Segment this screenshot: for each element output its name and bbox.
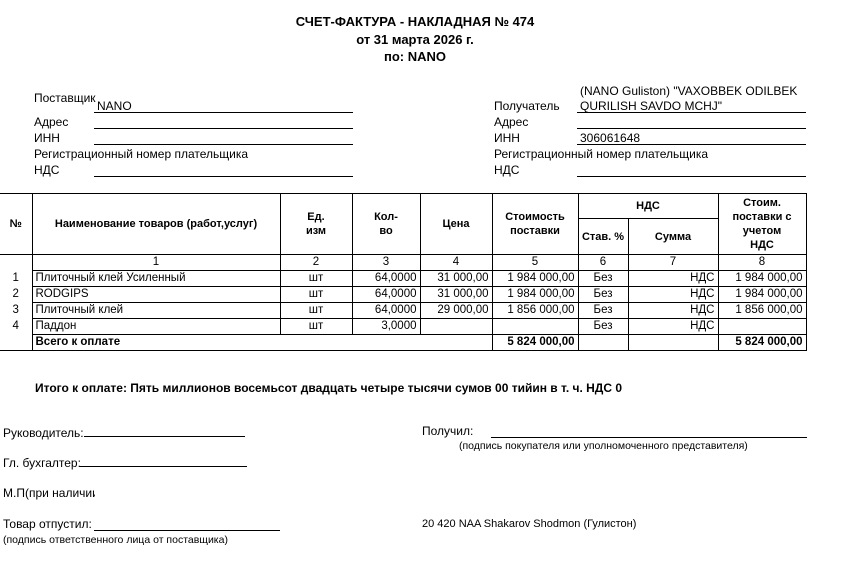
row-vat-rate: Без xyxy=(578,287,628,303)
supplier-address-underline xyxy=(94,128,353,129)
total-cost: 5 824 000,00 xyxy=(492,335,578,351)
header-vat-rate: Став. % xyxy=(578,219,628,255)
recipient-value-line2: QURILISH SAVDO MCHJ" xyxy=(580,99,722,113)
header-cost: Стоимость поставки xyxy=(492,194,578,255)
row-cost xyxy=(492,319,578,335)
table-row: 2 RODGIPS шт 64,0000 31 000,00 1 984 000… xyxy=(0,287,806,303)
recipient-inn-underline xyxy=(577,144,806,145)
director-signature-line xyxy=(84,436,245,437)
index-row: 1 2 3 4 5 6 7 8 xyxy=(0,255,806,271)
supplier-address-label: Адрес xyxy=(34,115,68,129)
supplier-vat-label: НДС xyxy=(34,163,59,177)
received-signature-line xyxy=(491,437,807,438)
row-vat-rate: Без xyxy=(578,271,628,287)
supplier-inn-underline xyxy=(94,144,353,145)
row-unit: шт xyxy=(280,303,352,319)
header-vat-sum: Сумма xyxy=(628,219,718,255)
director-label: Руководитель: xyxy=(3,426,84,440)
row-price xyxy=(420,319,492,335)
released-signature-line xyxy=(94,530,280,531)
index-cell: 3 xyxy=(352,255,420,271)
total-vat-sum-empty xyxy=(628,335,718,351)
row-qty: 64,0000 xyxy=(352,271,420,287)
row-price: 31 000,00 xyxy=(420,287,492,303)
recipient-address-underline xyxy=(577,128,806,129)
total-with-vat: 5 824 000,00 xyxy=(718,335,806,351)
row-qty: 64,0000 xyxy=(352,287,420,303)
header-qty: Кол-во xyxy=(352,194,420,255)
row-vat-rate: Без xyxy=(578,303,628,319)
received-label: Получил: xyxy=(422,424,473,438)
row-name: Плиточный клей Усиленный xyxy=(32,271,280,287)
header-name: Наименование товаров (работ,услуг) xyxy=(32,194,280,255)
row-total: 1 984 000,00 xyxy=(718,287,806,303)
released-label: Товар отпустил: xyxy=(3,517,92,531)
total-row: Всего к оплате 5 824 000,00 5 824 000,00 xyxy=(0,335,806,351)
row-price: 31 000,00 xyxy=(420,271,492,287)
index-cell: 7 xyxy=(628,255,718,271)
table-row: 3 Плиточный клей шт 64,0000 29 000,00 1 … xyxy=(0,303,806,319)
recipient-label: Получатель xyxy=(494,99,560,113)
row-no: 4 xyxy=(0,319,32,335)
row-price: 29 000,00 xyxy=(420,303,492,319)
index-empty xyxy=(0,255,32,271)
index-cell: 2 xyxy=(280,255,352,271)
document-date: от 31 марта 2026 г. xyxy=(0,32,830,47)
total-no-empty xyxy=(0,335,32,351)
row-no: 3 xyxy=(0,303,32,319)
accountant-signature-line xyxy=(79,466,247,467)
header-total-with-vat: Стоим. поставки с учетом НДС xyxy=(718,194,806,255)
row-total xyxy=(718,319,806,335)
row-vat-sum: НДС xyxy=(628,303,718,319)
recipient-inn-value: 306061648 xyxy=(580,131,640,145)
amount-in-words: Итого к оплате: Пять миллионов восемьсот… xyxy=(35,381,622,395)
recipient-vat-underline xyxy=(577,176,806,177)
recipient-underline xyxy=(577,112,806,113)
supplier-underline xyxy=(94,112,353,113)
document-by: по: NANO xyxy=(0,49,830,64)
row-no: 1 xyxy=(0,271,32,287)
row-cost: 1 984 000,00 xyxy=(492,287,578,303)
recipient-vat-label: НДС xyxy=(494,163,519,177)
released-note: (подпись ответственного лица от поставщи… xyxy=(3,534,228,546)
row-qty: 64,0000 xyxy=(352,303,420,319)
row-cost: 1 984 000,00 xyxy=(492,271,578,287)
row-unit: шт xyxy=(280,319,352,335)
row-unit: шт xyxy=(280,287,352,303)
row-name: Плиточный клей xyxy=(32,303,280,319)
index-cell: 8 xyxy=(718,255,806,271)
row-vat-sum: НДС xyxy=(628,287,718,303)
total-vat-rate-empty xyxy=(578,335,628,351)
invoice-table: № Наименование товаров (работ,услуг) Ед.… xyxy=(0,193,807,351)
index-cell: 1 xyxy=(32,255,280,271)
header-unit: Ед. изм xyxy=(280,194,352,255)
row-vat-sum: НДС xyxy=(628,271,718,287)
row-total: 1 984 000,00 xyxy=(718,271,806,287)
supplier-reg-label: Регистрационный номер плательщика xyxy=(34,147,248,161)
supplier-value: NANO xyxy=(97,99,132,113)
table-row: 1 Плиточный клей Усиленный шт 64,0000 31… xyxy=(0,271,806,287)
index-cell: 4 xyxy=(420,255,492,271)
header-price: Цена xyxy=(420,194,492,255)
stamp-label: М.П(при наличии xyxy=(3,486,95,500)
agent-name: 20 420 NAA Shakarov Shodmon (Гулистон) xyxy=(422,518,636,530)
row-no: 2 xyxy=(0,287,32,303)
received-note: (подпись покупателя или уполномоченного … xyxy=(459,440,748,452)
supplier-vat-underline xyxy=(94,176,353,177)
supplier-label: Поставщик xyxy=(34,91,96,105)
row-cost: 1 856 000,00 xyxy=(492,303,578,319)
document-title: СЧЕТ-ФАКТУРА - НАКЛАДНАЯ № 474 xyxy=(0,14,830,29)
row-name: Паддон xyxy=(32,319,280,335)
recipient-address-label: Адрес xyxy=(494,115,528,129)
header-no: № xyxy=(0,194,32,255)
accountant-label: Гл. бухгалтер: xyxy=(3,456,81,470)
recipient-inn-label: ИНН xyxy=(494,131,520,145)
index-cell: 6 xyxy=(578,255,628,271)
recipient-reg-label: Регистрационный номер плательщика xyxy=(494,147,708,161)
supplier-inn-label: ИНН xyxy=(34,131,60,145)
index-cell: 5 xyxy=(492,255,578,271)
total-label: Всего к оплате xyxy=(32,335,492,351)
recipient-value-line1: (NANO Guliston) "VAXOBBEK ODILBEK xyxy=(580,84,797,98)
row-unit: шт xyxy=(280,271,352,287)
row-name: RODGIPS xyxy=(32,287,280,303)
row-qty: 3,0000 xyxy=(352,319,420,335)
row-total: 1 856 000,00 xyxy=(718,303,806,319)
row-vat-sum: НДС xyxy=(628,319,718,335)
header-vat-group: НДС xyxy=(578,194,718,219)
table-row: 4 Паддон шт 3,0000 Без НДС xyxy=(0,319,806,335)
row-vat-rate: Без xyxy=(578,319,628,335)
